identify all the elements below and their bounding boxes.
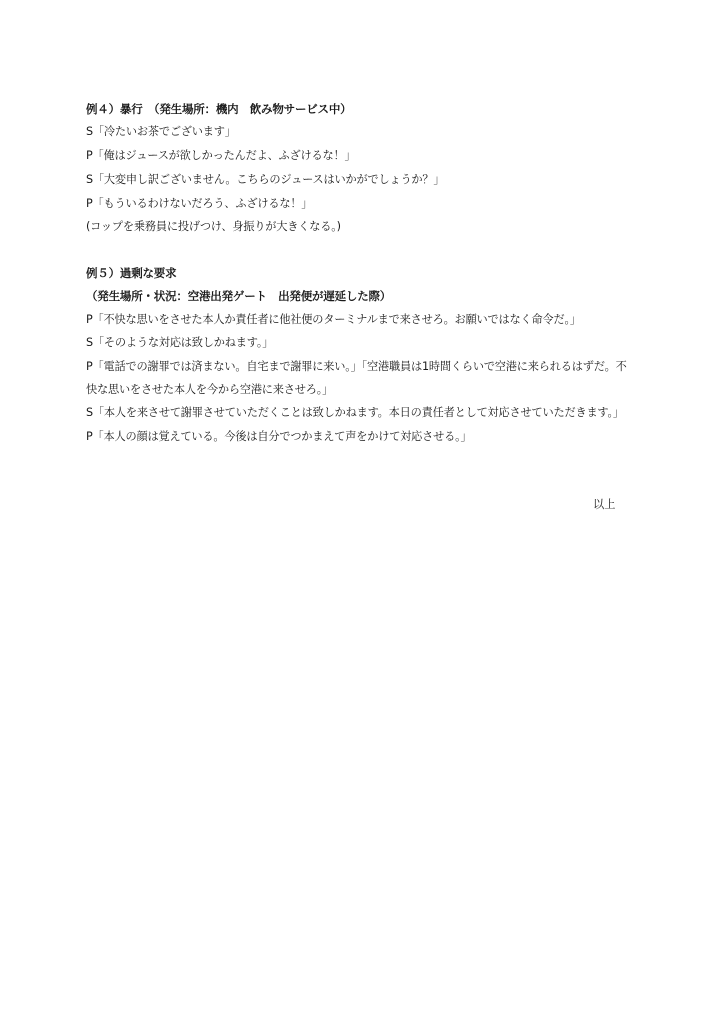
document-page: 例４）暴行 （発生場所：機内 飲み物サービス中） S「冷たいお茶でございます」 …	[0, 0, 725, 1024]
dialogue-line: P「不快な思いをさせた本人か責任者に他社便のターミナルまで来させろ。お願いではな…	[86, 313, 581, 327]
dialogue-line: S「そのような対応は致しかねます。」	[86, 336, 273, 350]
section-4-heading: 例４）暴行 （発生場所：機内 飲み物サービス中）	[86, 102, 351, 116]
dialogue-line: P「本人の顔は覚えている。今後は自分でつかまえて声をかけて対応させる。」	[86, 430, 472, 444]
dialogue-line: P「もういるわけないだろう、ふざけるな！」	[86, 197, 312, 211]
dialogue-line: S「大変申し訳ございません。こちらのジュースはいかがでしょうか？」	[86, 173, 444, 187]
section-5-subheading: （発生場所・状況：空港出発ゲート 出発便が遅延した際）	[86, 289, 391, 303]
dialogue-line: S「本人を来させて謝罪させていただくことは致しかねます。本日の責任者として対応さ…	[86, 406, 624, 420]
dialogue-line: P「電話での謝罪では済まない。自宅まで謝罪に来い。」「空港職員は1時間くらいで空…	[86, 360, 627, 374]
dialogue-line: S「冷たいお茶でございます」	[86, 125, 236, 139]
dialogue-line: P「俺はジュースが欲しかったんだよ、ふざけるな！」	[86, 149, 355, 163]
stage-direction: (コップを乗務員に投げつけ、身振りが大きくなる。)	[86, 220, 341, 234]
dialogue-line-continued: 快な思いをさせた本人を今から空港に来させろ。」	[86, 383, 333, 397]
closing-text: 以上	[593, 498, 615, 512]
section-5-heading: 例５）過剰な要求	[86, 266, 176, 280]
